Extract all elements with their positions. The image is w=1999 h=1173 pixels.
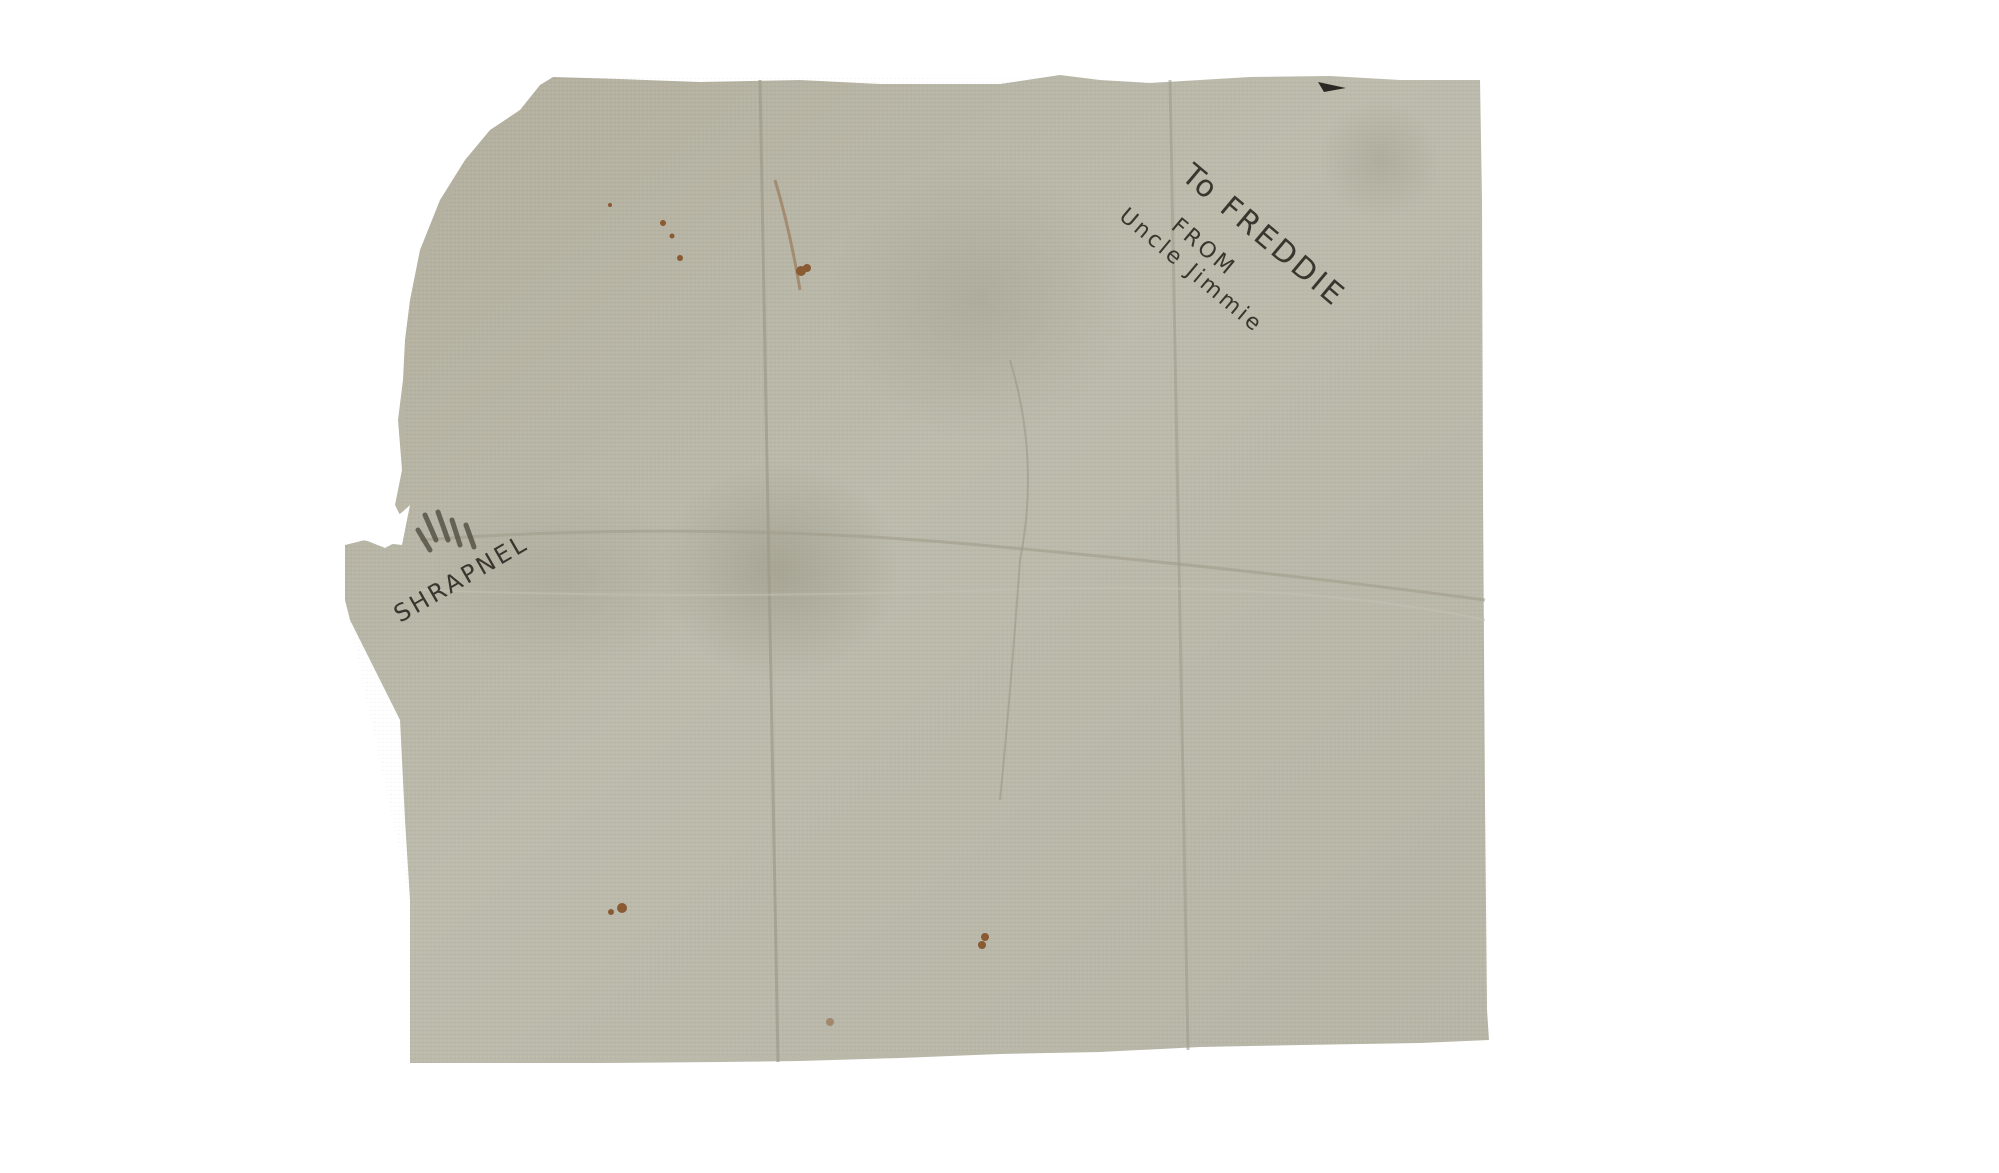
photo-scene: To FREDDIE FROM Uncle Jimmie SHRAPNEL	[0, 0, 1999, 1173]
dirt-patch	[1320, 100, 1440, 220]
cloth-fragment	[345, 75, 1489, 1063]
dirt-patch	[830, 160, 1130, 440]
